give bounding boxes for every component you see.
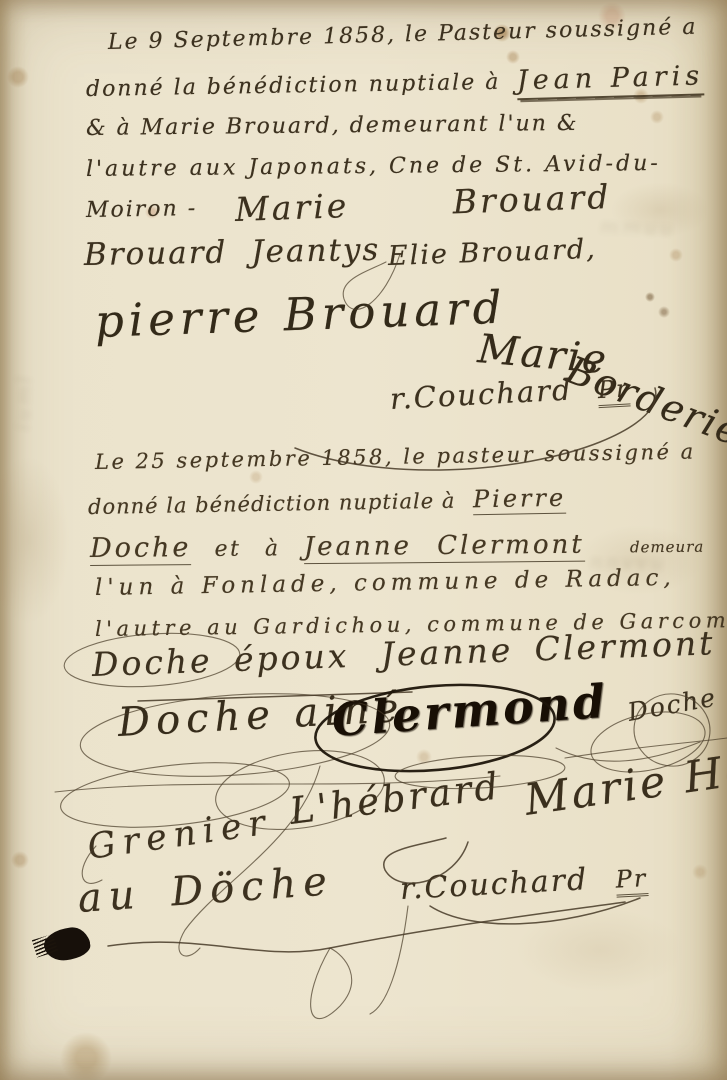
signature-marie-brouard: Marie Brouard [234,177,612,229]
entry1-line-5: Moiron - [86,196,198,223]
bleedthrough-mark: mmuu [600,214,676,241]
signature-couchard-entry1: r.Couchard Pr [389,369,630,418]
entry2-line-3-mid: et à [214,536,280,562]
entry1-line-2: donné la bénédiction nuptiale à Jean Par… [86,61,705,107]
entry2-line-2: donné la bénédiction nuptiale à Pierre [88,484,567,522]
signature-couchard-entry2-title: Pr [615,864,648,898]
signature-elie-brouard: Elie Brouard, [387,234,597,272]
signature-couchard-entry2-name: r.Couchard [399,862,589,907]
entry2-line-1: Le 25 septembre 1858, le pasteur soussig… [95,440,696,474]
signature-doche-witness: Doche [625,683,719,727]
ink-blot [42,925,92,962]
signature-marie-hebr: Marie Hébr [522,737,727,826]
signature-pierre-brouard: pierre Brouard [94,281,507,348]
entry1-line-2-text: donné la bénédiction nuptiale à [86,70,501,102]
flourish-au-doche-tail [370,906,408,1014]
entry1-line-1: Le 9 Septembre 1858, le Pasteur soussign… [108,15,698,55]
signature-au-doche: au Döche [76,858,335,922]
signature-brouard-jeantys: Brouard Jeantys [84,232,381,273]
signature-couchard-entry2: r.Couchard Pr [399,859,648,909]
bleedthrough-mark: iuml [10,373,36,430]
signature-couchard-entry1-name: r.Couchard [389,372,573,416]
bleedthrough-mark: nnvvu [590,549,667,574]
entry2-line-2-text: donné la bénédiction nuptiale à [88,489,456,519]
signature-couchard-entry1-title: Pr [597,374,630,408]
entry2-line-4: l'un à Fonlade, commune de Radac, [95,565,676,601]
register-page: Le 9 Septembre 1858, le Pasteur soussign… [0,0,727,1080]
signature-clermond: Clermond [330,674,610,747]
groom-name-pierre: Pierre [473,484,567,516]
signature-grenier: Grenier [85,802,274,867]
entry1-line-3: & à Marie Brouard, demeurant l'un & [86,111,579,141]
signature-lhebrard: L'hébrard [287,764,503,833]
groom-surname-doche: Doche [90,532,192,566]
groom-name-jean-paris: Jean Paris [517,60,705,100]
bride-name-jeanne-clermont: Jeanne Clermont [304,530,585,564]
signature-doche-epoux: Doche époux [91,636,350,684]
flourish-au-doche-loop [311,948,352,1019]
